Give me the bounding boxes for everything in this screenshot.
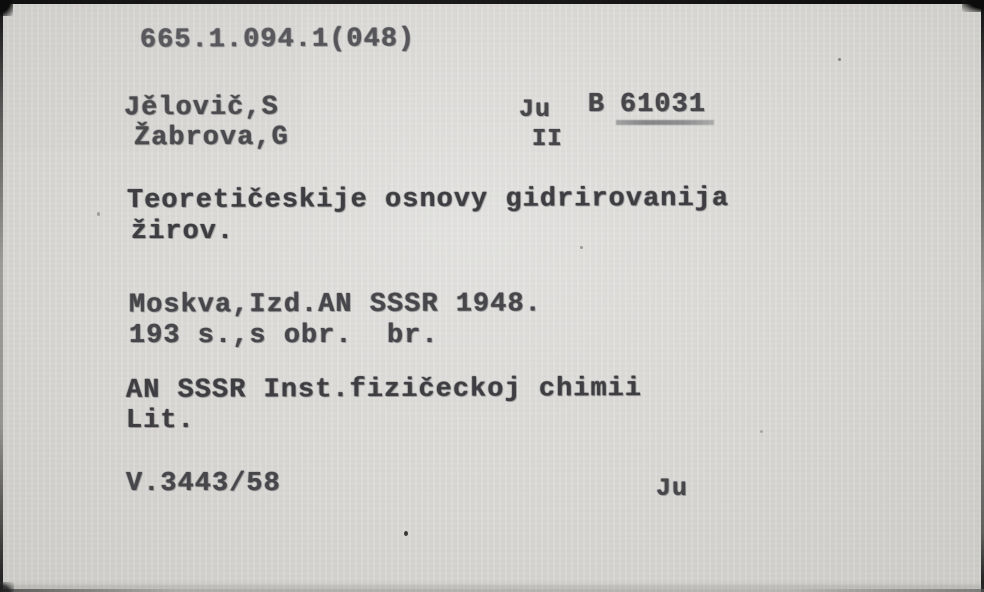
author-line-1: Jělovič,S	[124, 94, 279, 124]
scan-corner-bottom-left	[0, 582, 14, 592]
paper-speck	[404, 531, 408, 536]
library-catalog-card: 665.1.094.1(048) B61031 Jělovič,S Žabrov…	[0, 0, 984, 592]
paper-speck	[760, 430, 763, 433]
scan-edge-left	[0, 0, 3, 592]
paper-speck	[97, 212, 100, 216]
paper-speck	[838, 58, 841, 61]
bottom-mark: Ju	[656, 475, 688, 503]
corporate-line-1: AN SSSR Inst.fizičeckoj chimii	[126, 375, 642, 406]
scan-edge-top	[0, 0, 984, 4]
imprint-line-2: 193 s.,s obr. br.	[129, 322, 439, 352]
accession-prefix: B	[588, 90, 605, 120]
title-line-2: žirov.	[131, 218, 234, 248]
title-line-1: Teoretičeskije osnovy gidrirovanija	[127, 185, 729, 217]
corporate-line-2: Lit.	[126, 407, 195, 437]
side-mark-upper: Ju	[519, 96, 551, 124]
scan-corner-top-right	[962, 0, 984, 12]
classification-number: 665.1.094.1(048)	[140, 25, 415, 56]
side-mark-lower: II	[532, 127, 563, 153]
author-line-2: Žabrova,G	[134, 124, 289, 154]
accession-value: 61031	[620, 91, 706, 121]
paper-speck	[580, 246, 583, 249]
scan-corner-top-left	[0, 0, 13, 16]
imprint-line-1: Moskva,Izd.AN SSSR 1948.	[129, 290, 542, 321]
shelf-number: V.3443/58	[126, 470, 281, 500]
